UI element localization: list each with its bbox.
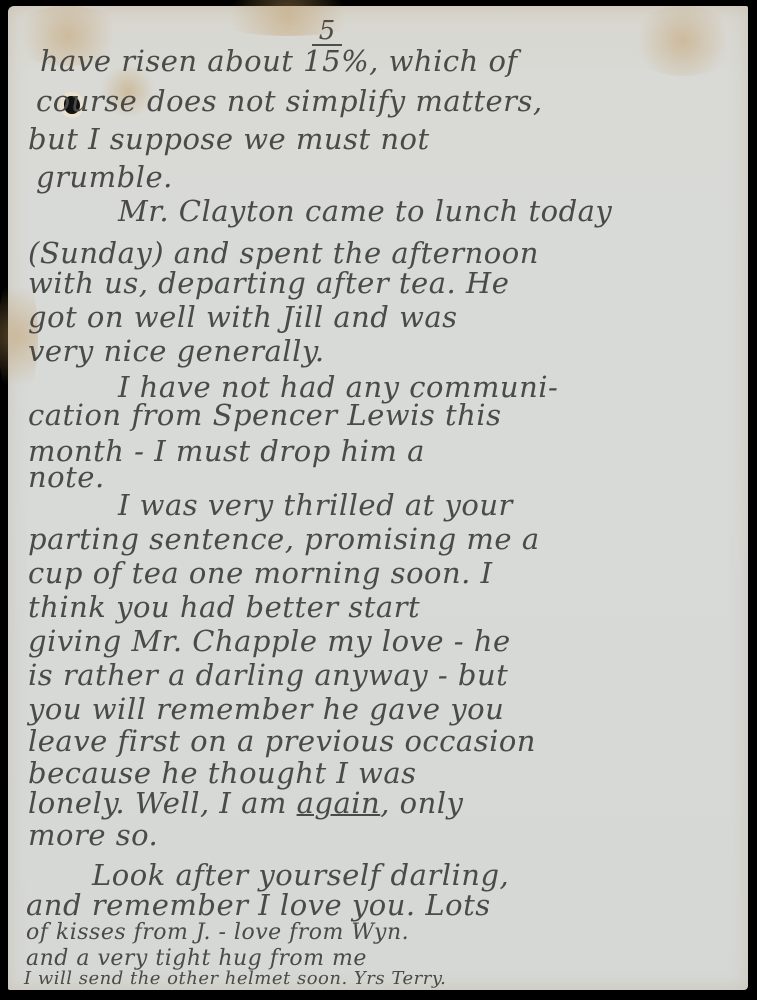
letter-line: I was very thrilled at your: [118, 488, 513, 522]
paper-stain: [208, 0, 368, 36]
letter-line: leave first on a previous occasion: [28, 724, 536, 758]
letter-line: parting sentence, promising me a: [28, 522, 540, 556]
line-text: , only: [380, 786, 463, 820]
paper-stain: [628, 6, 738, 76]
letter-line: more so.: [28, 818, 158, 852]
letter-line: is rather a darling anyway - but: [28, 658, 508, 692]
letter-line: with us, departing after tea. He: [28, 266, 509, 300]
letter-line: cup of tea one morning soon. I: [28, 556, 493, 590]
letter-signature-line: I will send the other helmet soon. Yrs T…: [24, 968, 446, 989]
letter-line: but I suppose we must not: [28, 122, 430, 156]
letter-line: have risen about 15%, which of: [40, 44, 518, 78]
line-text: lonely. Well, I am: [28, 786, 297, 820]
letter-line: course does not simplify matters,: [36, 84, 543, 118]
letter-line: think you had better start: [28, 590, 420, 624]
letter-line: (Sunday) and spent the afternoon: [28, 236, 539, 270]
letter-line: Look after yourself darling,: [92, 858, 509, 892]
letter-line: you will remember he gave you: [28, 692, 504, 726]
letter-line: giving Mr. Chapple my love - he: [28, 624, 511, 658]
letter-line: got on well with Jill and was: [28, 300, 458, 334]
letter-line: of kisses from J. - love from Wyn.: [26, 920, 409, 945]
letter-line: very nice generally.: [28, 334, 325, 368]
letter-line: and remember I love you. Lots: [26, 888, 491, 922]
letter-line: note.: [28, 460, 105, 494]
letter-line: cation from Spencer Lewis this: [28, 398, 501, 432]
letter-line: Mr. Clayton came to lunch today: [118, 194, 612, 228]
letter-line: because he thought I was: [28, 756, 417, 790]
page-number: 5: [312, 18, 342, 46]
letter-line: grumble.: [36, 160, 173, 194]
underlined-word: again: [297, 786, 381, 820]
letter-line: lonely. Well, I am again, only: [28, 786, 463, 820]
